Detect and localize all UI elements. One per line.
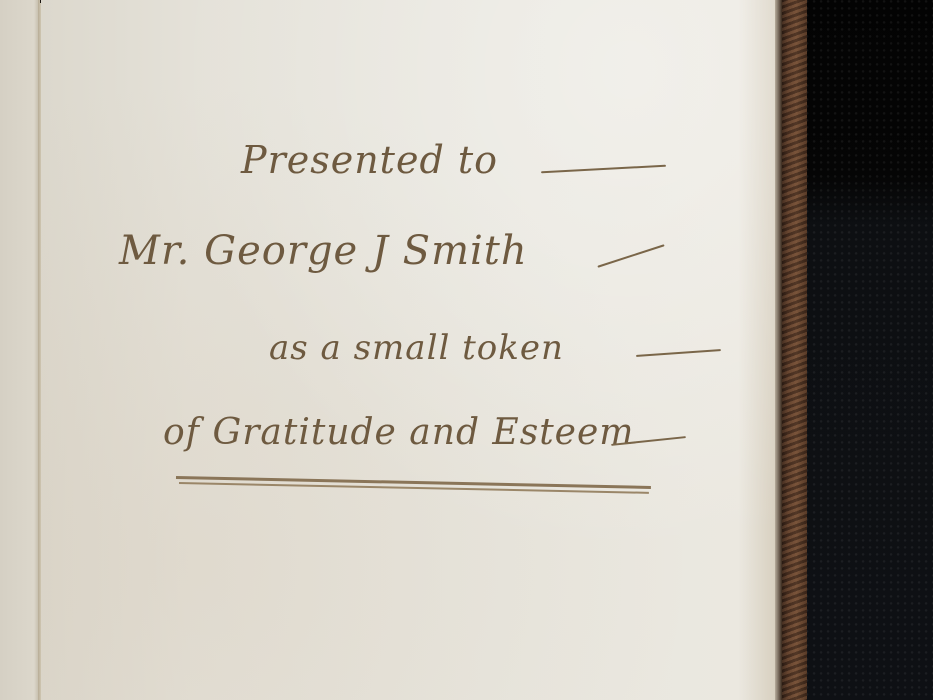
facing-page: [0, 0, 40, 700]
inscription-line-2: Mr. George J Smith: [119, 228, 528, 274]
dark-fabric-background: [805, 0, 933, 700]
book-photo: Presented to Mr. George J Smith as a sma…: [0, 0, 933, 700]
page-edge-shadow: [774, 0, 782, 700]
inscription-line-3: as a small token: [269, 328, 564, 368]
flourish-1: [541, 165, 666, 174]
flourish-2: [597, 244, 664, 268]
flyleaf-page: Presented to Mr. George J Smith as a sma…: [41, 0, 775, 700]
leather-cover-edge: [780, 0, 807, 700]
inscription-line-4: of Gratitude and Esteem: [163, 412, 634, 453]
inscription-line-1: Presented to: [241, 138, 498, 182]
flourish-3: [636, 349, 721, 357]
